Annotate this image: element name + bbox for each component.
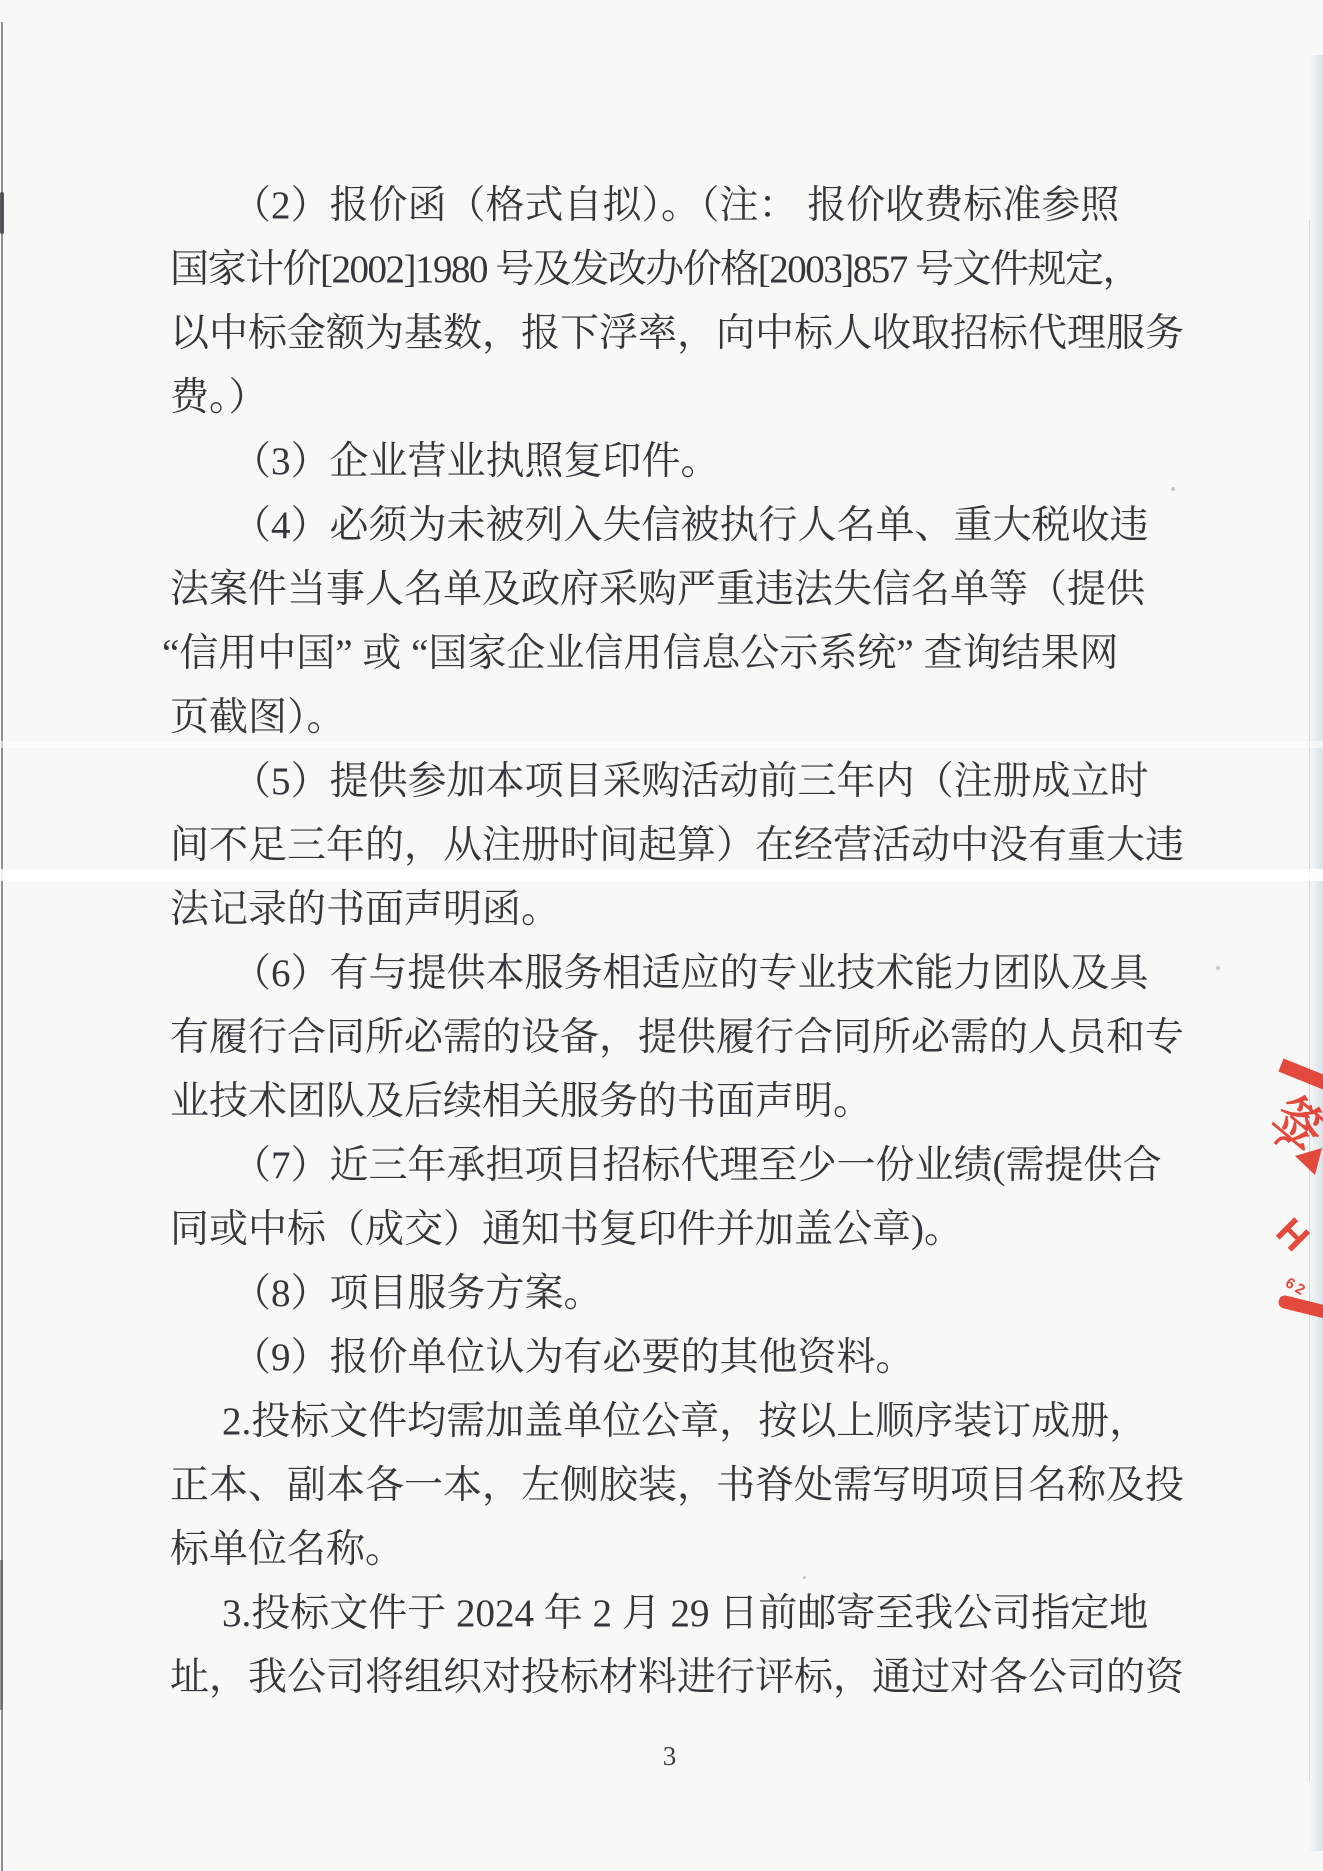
text-line: （7）近三年承担项目招标代理至少一份业绩(需提供合 (170, 1134, 1185, 1198)
text-line: 以中标金额为基数，报下浮率，向中标人收取招标代理服务 (170, 302, 1185, 366)
text-line: 同或中标（成交）通知书复印件并加盖公章)。 (170, 1198, 1185, 1262)
text-line: 正本、副本各一本，左侧胶装，书脊处需写明项目名称及投 (170, 1454, 1185, 1518)
text-line: （9）报价单位认为有必要的其他资料。 (170, 1326, 1185, 1390)
scan-right-edge-shadow (1309, 55, 1323, 1851)
text-line: 2.投标文件均需加盖单位公章，按以上顺序装订成册， (170, 1390, 1185, 1454)
text-line: 标单位名称。 (170, 1518, 1185, 1582)
text-line: 业技术团队及后续相关服务的书面声明。 (170, 1070, 1185, 1134)
text-line: 页截图）。 (170, 686, 1185, 750)
text-line: 址，我公司将组织对投标材料进行评标，通过对各公司的资 (170, 1646, 1185, 1710)
red-stamp-icon: 签 H 62 (1231, 1048, 1323, 1320)
text-line: 法记录的书面声明函。 (170, 878, 1185, 942)
text-line: （6）有与提供本服务相适应的专业技术能力团队及具 (170, 942, 1185, 1006)
page-number: 3 (0, 1736, 1323, 1776)
text-line: 费。） (170, 366, 1185, 430)
scan-right-edge-line (1309, 220, 1310, 1781)
red-stamp-fragment: 签 H 62 (1231, 1048, 1323, 1320)
text-line: 3.投标文件于 2024 年 2 月 29 日前邮寄至我公司指定地 (170, 1582, 1185, 1646)
text-line: “信用中国” 或 “国家企业信用信息公示系统” 查询结果网 (162, 622, 1185, 686)
stamp-bar-top (1278, 1059, 1323, 1093)
scan-left-edge-mark (0, 1560, 3, 1710)
stamp-character: H (1268, 1211, 1317, 1260)
text-line: （5）提供参加本项目采购活动前三年内（注册成立时 (170, 750, 1185, 814)
stamp-character: 签 (1264, 1088, 1323, 1159)
scanned-document-page: （2）报价函（格式自拟）。（注： 报价收费标准参照 国家计价[2002]1980… (0, 0, 1323, 1871)
text-line: 法案件当事人名单及政府采购严重违法失信名单等（提供 (170, 558, 1185, 622)
text-line: 国家计价[2002]1980 号及发改办价格[2003]857 号文件规定， (170, 238, 1185, 302)
text-line: 有履行合同所必需的设备，提供履行合同所必需的人员和专 (170, 1006, 1185, 1070)
text-line: （2）报价函（格式自拟）。（注： 报价收费标准参照 (170, 174, 1185, 238)
text-line: （3）企业营业执照复印件。 (170, 430, 1185, 494)
document-text: （2）报价函（格式自拟）。（注： 报价收费标准参照 国家计价[2002]1980… (170, 174, 1185, 1710)
text-line: （4）必须为未被列入失信被执行人名单、重大税收违 (170, 494, 1185, 558)
scan-speck (1216, 966, 1220, 970)
scan-left-edge-mark (0, 192, 4, 234)
text-line: 间不足三年的，从注册时间起算）在经营活动中没有重大违 (170, 814, 1185, 878)
text-line: （8）项目服务方案。 (170, 1262, 1185, 1326)
